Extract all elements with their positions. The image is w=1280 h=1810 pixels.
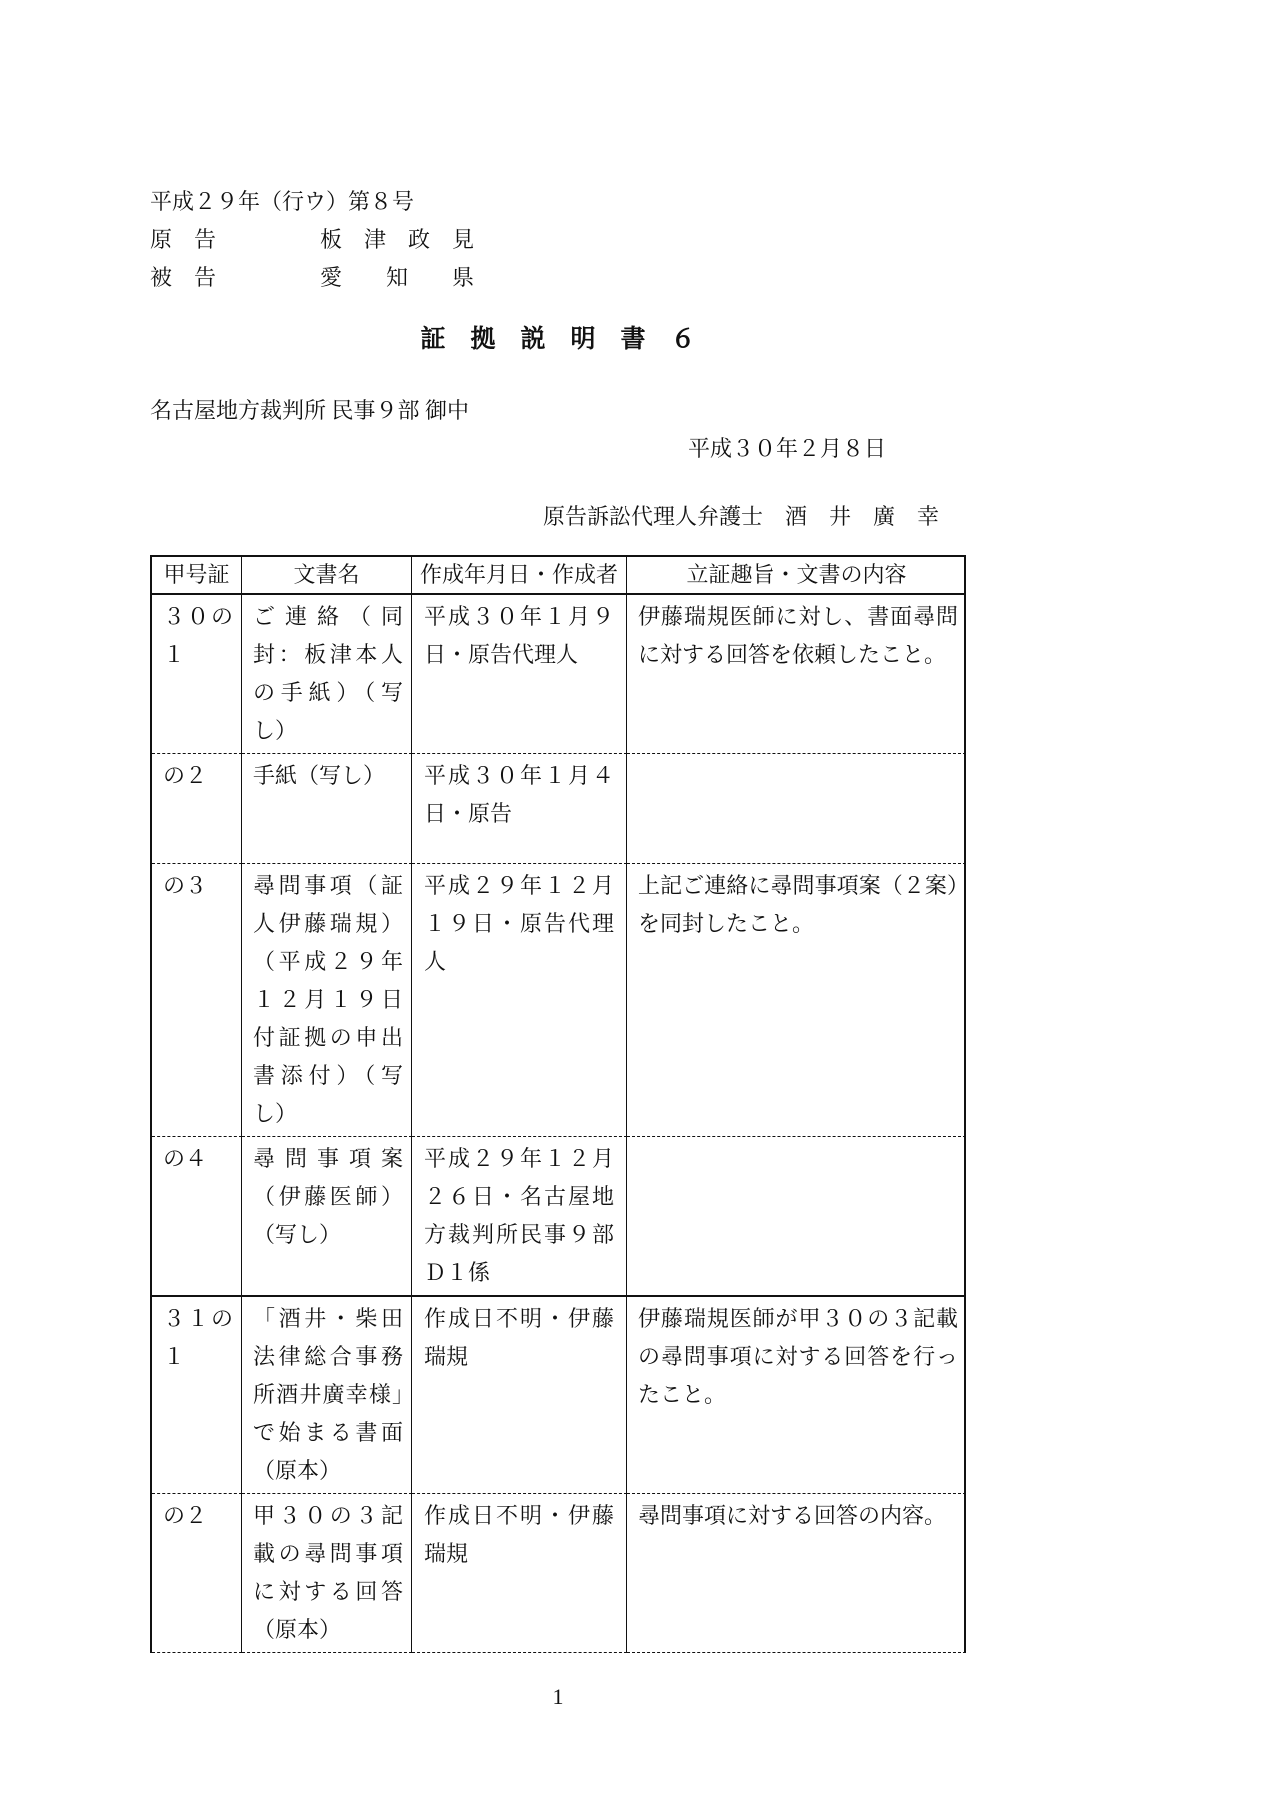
- evidence-table: 甲号証 文書名 作成年月日・作成者 立証趣旨・文書の内容 ３０の１ ご連絡（同封…: [150, 555, 966, 1653]
- table-row: ３０の１ ご連絡（同封：板津本人の手紙）（写し） 平成３０年１月９日・原告代理人…: [152, 595, 964, 754]
- cell-document-name: 甲３０の３記載の尋問事項に対する回答（原本）: [242, 1494, 412, 1653]
- document-title: 証 拠 説 明 書 ６: [150, 319, 966, 359]
- table-row: ３１の１ 「酒井・柴田法律総合事務所酒井廣幸様」で始まる書面（原本） 作成日不明…: [152, 1297, 964, 1494]
- header-exhibit-no: 甲号証: [152, 557, 242, 595]
- header-purpose: 立証趣旨・文書の内容: [627, 557, 966, 595]
- cell-created-by: 作成日不明・伊藤瑞規: [412, 1494, 627, 1653]
- defendant-label: 被 告: [150, 259, 320, 297]
- table-row: の２ 手紙（写し） 平成３０年１月４日・原告: [152, 754, 964, 864]
- cell-exhibit-no: の２: [152, 1494, 242, 1653]
- table-row: の４ 尋問事項案（伊藤医師）（写し） 平成２９年１２月２６日・名古屋地方裁判所民…: [152, 1137, 964, 1297]
- cell-purpose: 尋問事項に対する回答の内容。: [627, 1494, 966, 1653]
- table-row: の２ 甲３０の３記載の尋問事項に対する回答（原本） 作成日不明・伊藤瑞規 尋問事…: [152, 1494, 964, 1653]
- cell-created-by: 平成３０年１月９日・原告代理人: [412, 595, 627, 754]
- cell-exhibit-no: ３０の１: [152, 595, 242, 754]
- cell-document-name: 尋問事項（証人伊藤瑞規）（平成２９年１２月１９日付証拠の申出書添付）（写し）: [242, 864, 412, 1137]
- attorney-signature: 原告訴訟代理人弁護士 酒 井 廣 幸: [543, 498, 966, 536]
- cell-document-name: 尋問事項案（伊藤医師）（写し）: [242, 1137, 412, 1297]
- cell-purpose: [627, 754, 966, 864]
- table-header-row: 甲号証 文書名 作成年月日・作成者 立証趣旨・文書の内容: [152, 557, 964, 595]
- cell-document-name: 手紙（写し）: [242, 754, 412, 864]
- cell-exhibit-no: の３: [152, 864, 242, 1137]
- cell-document-name: 「酒井・柴田法律総合事務所酒井廣幸様」で始まる書面（原本）: [242, 1297, 412, 1494]
- cell-exhibit-no: の２: [152, 754, 242, 864]
- cell-created-by: 平成３０年１月４日・原告: [412, 754, 627, 864]
- plaintiff-label: 原 告: [150, 221, 320, 259]
- document-date: 平成３０年２月８日: [688, 430, 966, 468]
- plaintiff-row: 原 告 板 津 政 見: [150, 221, 966, 259]
- cell-exhibit-no: の４: [152, 1137, 242, 1297]
- cell-exhibit-no: ３１の１: [152, 1297, 242, 1494]
- cell-document-name: ご連絡（同封：板津本人の手紙）（写し）: [242, 595, 412, 754]
- plaintiff-name: 板 津 政 見: [320, 221, 474, 259]
- legal-document-page: 平成２９年（行ウ）第８号 原 告 板 津 政 見 被 告 愛 知 県 証 拠 説…: [0, 0, 1280, 1810]
- addressee: 名古屋地方裁判所 民事９部 御中: [150, 392, 966, 430]
- table-row: の３ 尋問事項（証人伊藤瑞規）（平成２９年１２月１９日付証拠の申出書添付）（写し…: [152, 864, 964, 1137]
- defendant-row: 被 告 愛 知 県: [150, 259, 966, 297]
- cell-purpose: [627, 1137, 966, 1297]
- document-content: 平成２９年（行ウ）第８号 原 告 板 津 政 見 被 告 愛 知 県 証 拠 説…: [150, 183, 966, 1710]
- cell-purpose: 伊藤瑞規医師に対し、書面尋問に対する回答を依頼したこと。: [627, 595, 966, 754]
- page-number: 1: [150, 1684, 966, 1710]
- defendant-name: 愛 知 県: [320, 259, 474, 297]
- cell-created-by: 平成２９年１２月１９日・原告代理人: [412, 864, 627, 1137]
- cell-created-by: 作成日不明・伊藤瑞規: [412, 1297, 627, 1494]
- cell-purpose: 上記ご連絡に尋問事項案（２案）を同封したこと。: [627, 864, 966, 1137]
- case-number: 平成２９年（行ウ）第８号: [150, 183, 966, 221]
- cell-purpose: 伊藤瑞規医師が甲３０の３記載の尋問事項に対する回答を行ったこと。: [627, 1297, 966, 1494]
- header-created-by: 作成年月日・作成者: [412, 557, 627, 595]
- cell-created-by: 平成２９年１２月２６日・名古屋地方裁判所民事９部Ｄ１係: [412, 1137, 627, 1297]
- header-document-name: 文書名: [242, 557, 412, 595]
